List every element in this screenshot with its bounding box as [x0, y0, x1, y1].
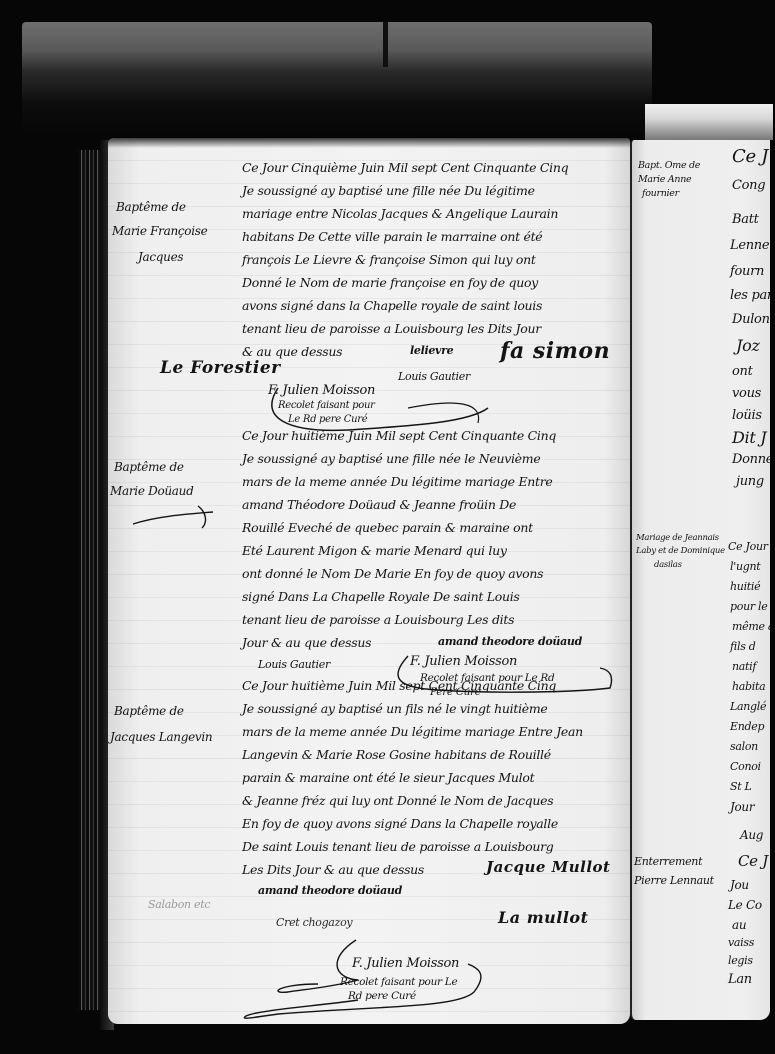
entry-3-line-2: Je soussigné ay baptisé un fils né le vi… — [242, 701, 548, 716]
entry-1-line-3: mariage entre Nicolas Jacques & Angeliqu… — [242, 206, 558, 221]
entry-2-line-2: Je soussigné ay baptisé une fille née le… — [242, 451, 540, 466]
right-fragment-36: Lan — [728, 972, 752, 987]
entry-2-line-7: ont donné le Nom De Marie En foy de quoy… — [242, 566, 543, 581]
entry-2-signature-father: amand theodore doüaud — [438, 635, 582, 648]
entry-1-line-8: tenant lieu de paroisse a Louisbourg les… — [242, 321, 541, 336]
right-fragment-20: fils d — [730, 640, 756, 653]
right-fragment-17: huitié — [730, 580, 760, 593]
right-fragment-3: Batt — [732, 212, 759, 227]
entry-1-margin-line-3: Jacques — [138, 250, 183, 264]
right-note-1-line-2: Marie Anne — [638, 174, 691, 185]
right-fragment-11: loüis — [732, 408, 762, 423]
right-note-1-line-3: fournier — [642, 188, 679, 199]
entry-1-signature-witness-2: Le Forestier — [160, 358, 281, 378]
right-fragment-7: Dulon — [732, 312, 770, 327]
entry-1-signature-godmother: fa simon — [500, 338, 610, 364]
entry-3-margin-line-2: Jacques Langevin — [110, 730, 212, 744]
right-fragment-33: au — [732, 918, 746, 932]
entry-1-margin-line-1: Baptême de — [116, 200, 186, 214]
entry-2-signature-witness: Louis Gautier — [258, 658, 330, 671]
entry-3-signature-godmother: La mullot — [498, 908, 588, 927]
entry-3-line-3: mars de la meme année Du légitime mariag… — [242, 724, 583, 739]
right-fragment-31: Jou — [730, 878, 749, 892]
entry-2-line-3: mars de la meme année Du légitime mariag… — [242, 474, 553, 489]
right-fragment-13: Donne — [732, 452, 770, 467]
right-fragment-35: legis — [728, 954, 753, 967]
right-fragment-5: fourn — [730, 264, 764, 279]
entry-1-line-5: françois Le Lievre & françoise Simon qui… — [242, 252, 536, 267]
entry-2-line-5: Rouillé Eveché de quebec parain & marain… — [242, 520, 533, 535]
right-fragment-29: Aug — [740, 828, 763, 842]
entry-2-line-6: Eté Laurent Migon & marie Menard qui luy — [242, 543, 507, 558]
right-note-2-line-2: Laby et de Dominique — [636, 546, 725, 556]
right-fragment-9: ont — [732, 364, 753, 379]
right-fragment-19: même a — [732, 620, 770, 633]
right-fragment-30: Ce J — [738, 852, 768, 870]
right-note-2-line-3: dasilas — [654, 560, 682, 570]
entry-2-margin-line-1: Baptême de — [114, 460, 184, 474]
right-fragment-32: Le Co — [728, 898, 762, 912]
entry-2-margin-flourish — [128, 504, 228, 534]
entry-3-signature-flourish — [238, 928, 498, 1020]
entry-1-line-1: Ce Jour Cinquième Juin Mil sept Cent Cin… — [242, 160, 568, 175]
entry-2-line-9: tenant lieu de paroisse a Louisbourg Les… — [242, 612, 514, 627]
right-fragment-10: vous — [732, 386, 761, 401]
flap-seam — [383, 22, 388, 67]
right-fragment-34: vaiss — [728, 936, 754, 949]
entry-1-line-2: Je soussigné ay baptisé une fille née Du… — [242, 183, 535, 198]
entry-1-line-7: avons signé dans la Chapelle royale de s… — [242, 298, 542, 313]
right-fragment-25: salon — [730, 740, 758, 753]
right-fragment-1: Ce J — [732, 146, 768, 167]
right-fragment-18: pour le — [730, 600, 767, 613]
entry-3-margin-line-1: Baptême de — [114, 704, 184, 718]
bleed-through-text: Salabon etc — [148, 898, 210, 911]
left-page: Baptême de Marie Françoise Jacques Ce Jo… — [108, 138, 630, 1024]
right-fragment-21: natif — [732, 660, 756, 673]
entry-2-line-1: Ce Jour huitième Juin Mil sept Cent Cinq… — [242, 428, 556, 443]
entry-2-margin-line-2: Marie Doüaud — [110, 484, 193, 498]
right-fragment-2: Cong — [732, 178, 765, 193]
entry-3-line-5: parain & maraine ont été le sieur Jacque… — [242, 770, 534, 785]
entry-2-line-10: Jour & au que dessus — [242, 635, 371, 650]
right-fragment-15: Ce Jour — [728, 540, 768, 553]
right-fragment-6: les par — [730, 288, 770, 303]
entry-2-line-4: amand Théodore Doüaud & Jeanne froüin De — [242, 497, 516, 512]
entry-1-signature-godfather: lelievre — [410, 344, 453, 357]
right-fragment-22: habita — [732, 680, 765, 693]
entry-1-margin-line-2: Marie Françoise — [112, 224, 207, 238]
right-note-3-line-2: Pierre Lennaut — [634, 874, 714, 887]
right-fragment-14: jung — [736, 474, 764, 489]
entry-3-line-6: & Jeanne fréz qui luy ont Donné le Nom d… — [242, 793, 553, 808]
entry-2-line-8: signé Dans La Chapelle Royale De saint L… — [242, 589, 520, 604]
right-note-3-line-1: Enterrement — [634, 855, 702, 868]
right-fragment-24: Endep — [730, 720, 764, 733]
right-fragment-28: Jour — [730, 800, 754, 814]
right-fragment-12: Dit J — [732, 428, 766, 447]
right-fragment-23: Langlé — [730, 700, 766, 713]
entry-3-line-4: Langevin & Marie Rose Gosine habitans de… — [242, 747, 551, 762]
right-fragment-26: Conoi — [730, 760, 761, 773]
right-fragment-8: Joz — [736, 336, 760, 355]
entry-3-line-8: De saint Louis tenant lieu de paroisse a… — [242, 839, 553, 854]
right-page-top-tab — [645, 104, 773, 140]
microfilm-scan: Baptême de Marie Françoise Jacques Ce Jo… — [0, 0, 775, 1054]
entry-3-signature-father: amand theodore doüaud — [258, 884, 402, 897]
right-fragment-4: Lenne — [730, 238, 769, 253]
entry-1-line-6: Donné le Nom de marie françoise en foy d… — [242, 275, 538, 290]
entry-3-line-1: Ce Jour huitième Juin Mil sept Cent Cinq… — [242, 678, 556, 693]
entry-3-signature-godfather: Jacque Mullot — [486, 858, 610, 876]
entry-3-line-9: Les Dits Jour & au que dessus — [242, 862, 424, 877]
right-note-2-line-1: Mariage de Jeannais — [636, 533, 719, 543]
right-fragment-27: St L — [730, 780, 752, 793]
right-page: Bapt. Ome de Marie Anne fournier Mariage… — [630, 140, 770, 1020]
right-fragment-16: l'ugnt — [730, 560, 760, 573]
entry-1-line-9: & au que dessus — [242, 344, 342, 359]
entry-3-line-7: En foy de quoy avons signé Dans la Chape… — [242, 816, 558, 831]
right-note-1-line-1: Bapt. Ome de — [638, 160, 700, 171]
entry-1-line-4: habitans De Cette ville parain le marrai… — [242, 229, 542, 244]
register-top-flap — [22, 22, 652, 132]
